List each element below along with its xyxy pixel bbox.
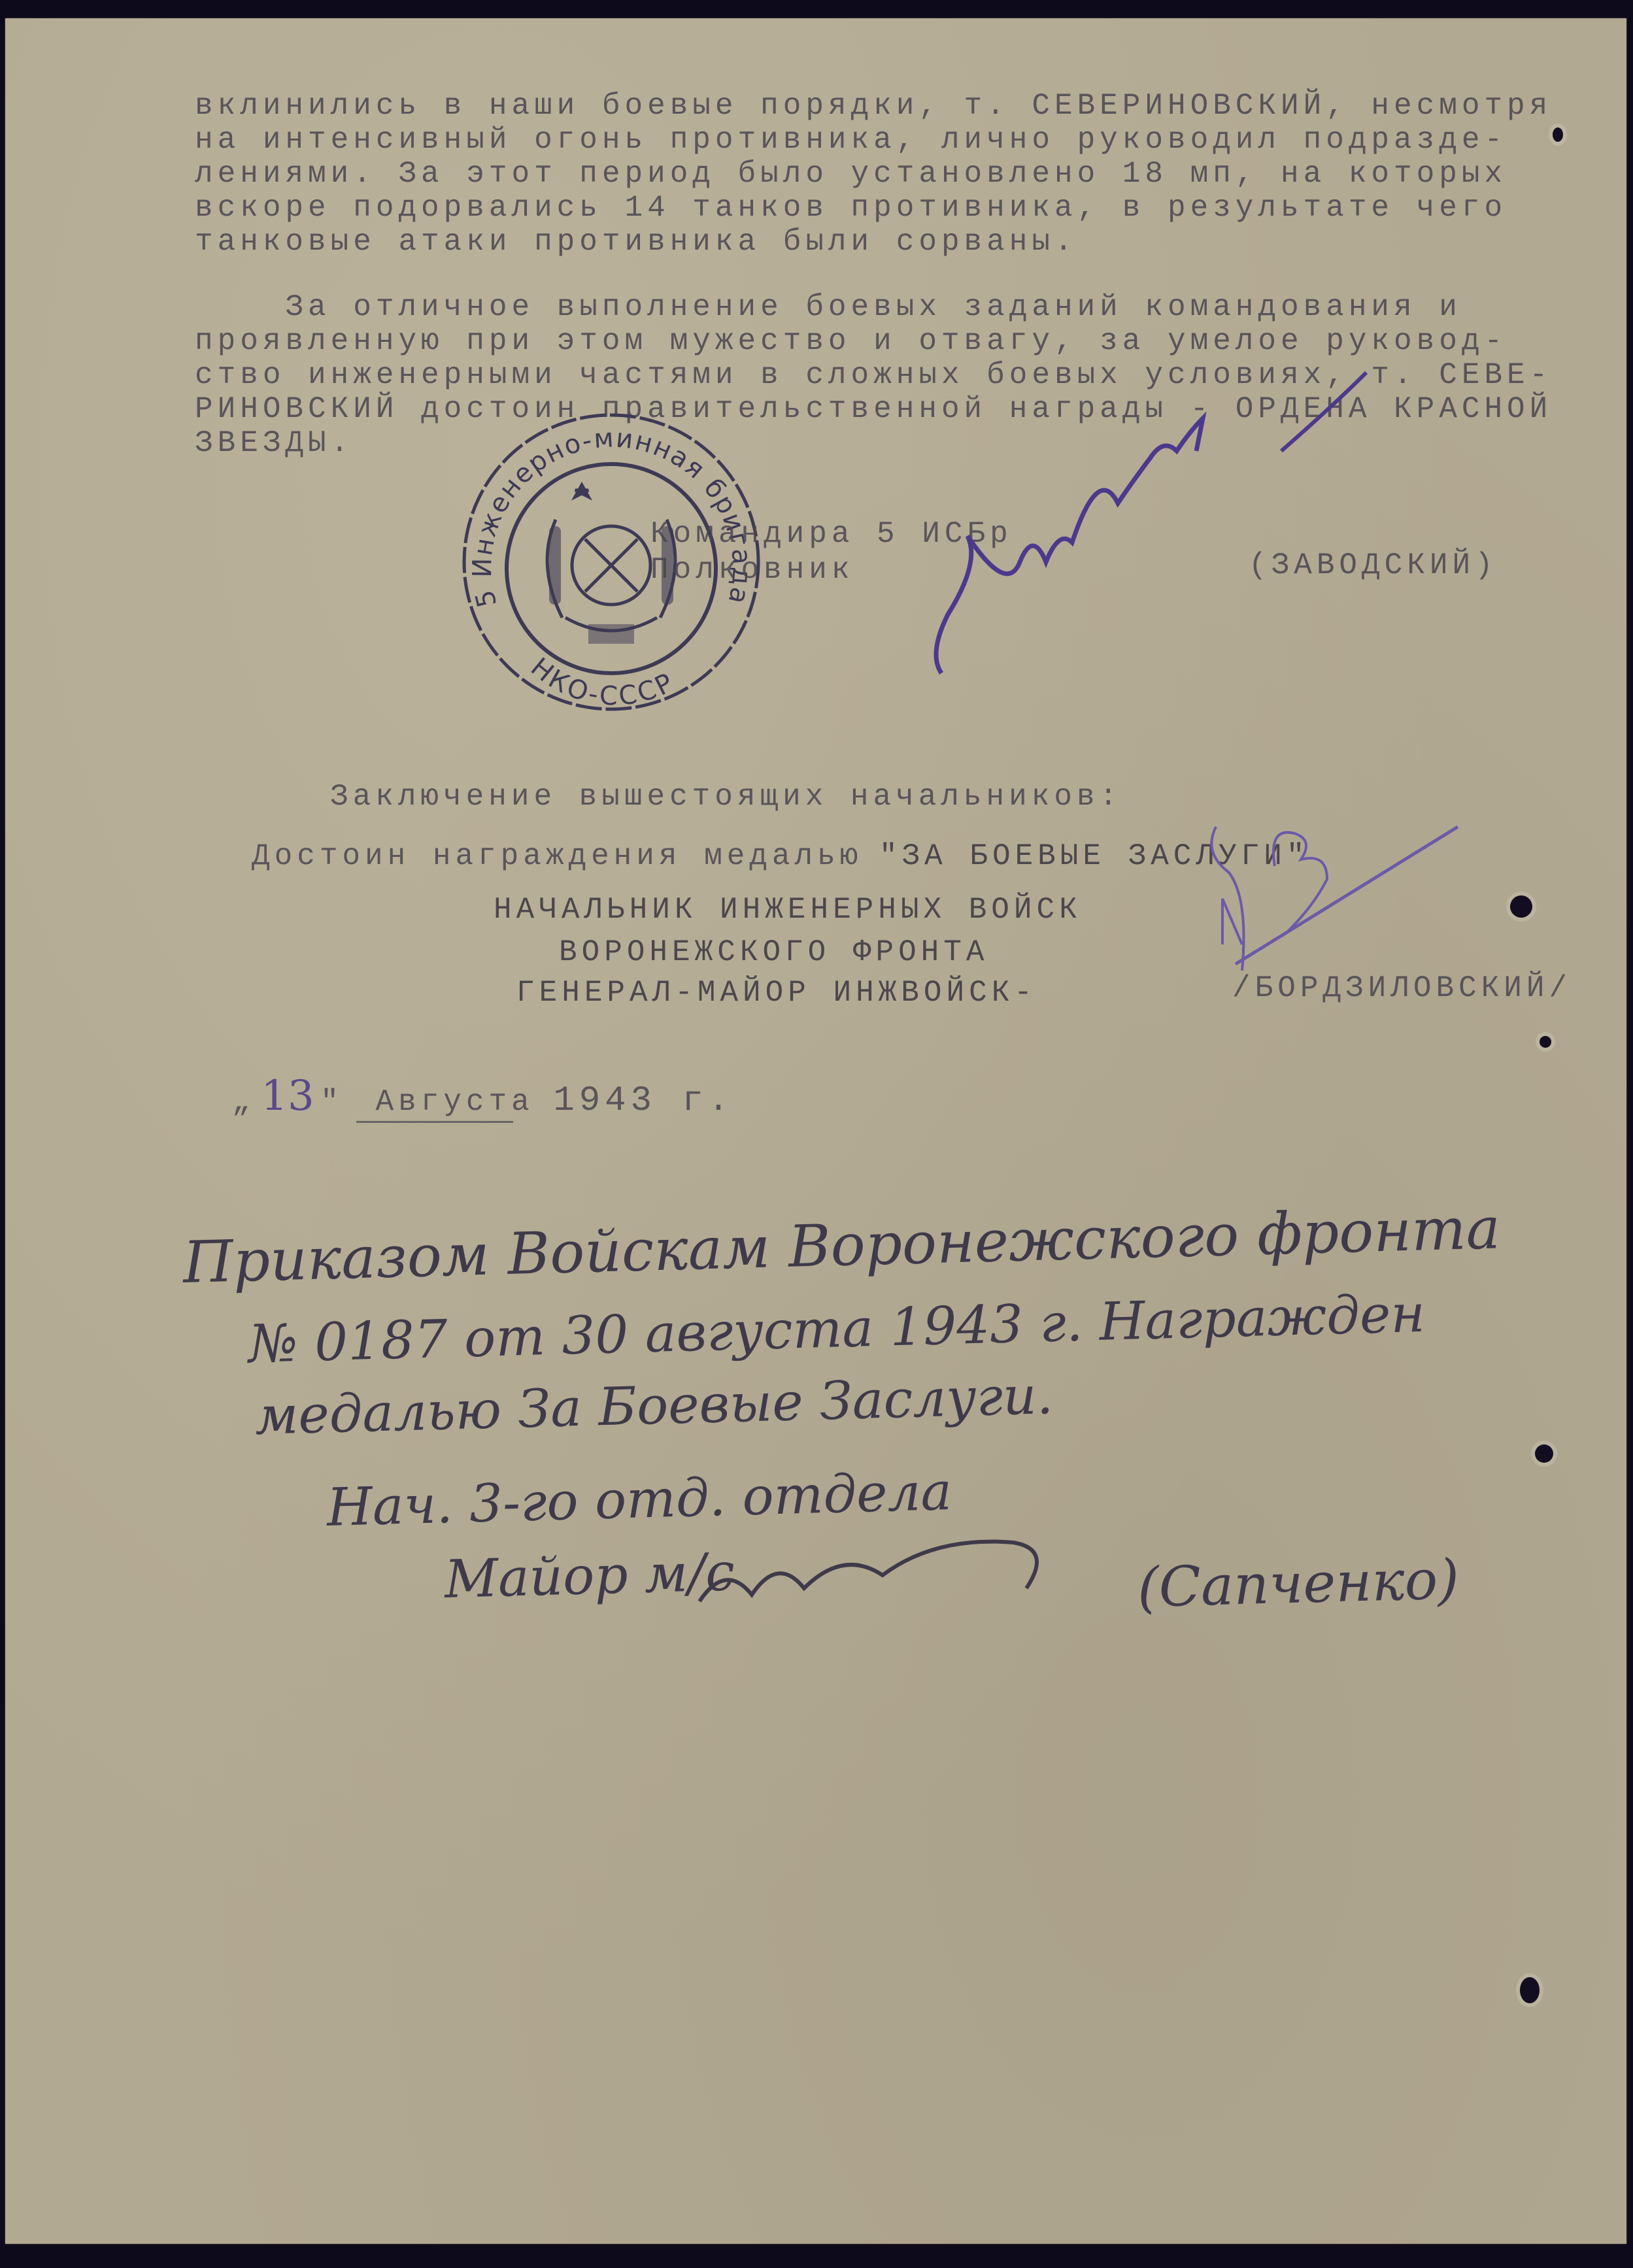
paragraph-line: на интенсивный огонь противника, лично р… [195,122,1507,158]
signature-scribble-icon [686,1497,1144,1627]
paragraph-line: лениями. За этот период было установлено… [195,156,1507,192]
date-underline [356,1121,513,1123]
date-line: „ 13 " Августа 1943 г. [232,1072,733,1120]
paragraph-line: танковые атаки противника были сорваны. [195,224,1077,259]
punch-hole [1535,1444,1553,1463]
handwritten-signature [686,1497,1144,1631]
commander-rank: Полковник [650,552,854,588]
punch-hole [1553,127,1563,142]
superior-signature [1196,814,1471,987]
date-open-quote: „ [232,1085,255,1119]
paragraph-line: вклинились в наши боевые порядки, т. СЕВ… [195,88,1552,124]
paragraph-line: За отличное выполнение боевых заданий ко… [195,290,1462,325]
handwritten-signer-name: (Сапченко) [1137,1547,1460,1620]
verdict-text: Достоин награждения медалью [252,839,862,873]
date-month: Августа [375,1085,533,1119]
punch-hole [1510,895,1532,918]
signature-scribble-icon [1196,814,1471,984]
superior-title-line-2: ВОРОНЕЖСКОГО ФРОНТА [559,935,989,970]
paragraph-line: вскоре подорвались 14 танков противника,… [195,190,1507,225]
punch-hole [1520,1977,1540,2003]
paragraph-line: ЗВЕЗДЫ. [195,425,353,461]
signature-scribble-icon [928,366,1386,693]
date-close-quote: " [320,1085,343,1119]
paragraph-line: проявленную при этом мужество и отвагу, … [195,324,1507,359]
punch-hole [1540,1036,1551,1048]
commander-signature [928,366,1386,696]
conclusion-verdict: Достоин награждения медалью "ЗА БОЕВЫЕ З… [252,839,1309,874]
date-year: 1943 г. [553,1081,733,1121]
superior-title-line-3: ГЕНЕРАЛ-МАЙОР ИНЖВОЙСК- [516,975,1037,1010]
conclusion-heading: Заключение вышестоящих начальников: [330,779,1122,814]
superior-title-line-1: НАЧАЛЬНИК ИНЖЕНЕРНЫХ ВОЙСК [494,892,1082,927]
date-day: 13 [261,1072,314,1120]
